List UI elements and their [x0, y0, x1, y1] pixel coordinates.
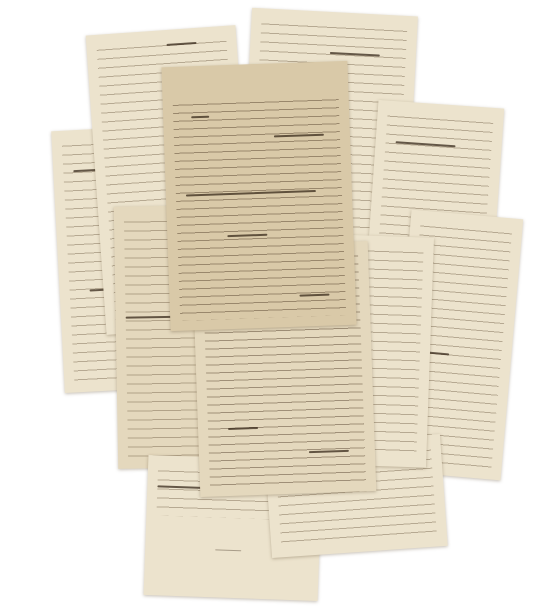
manuscript-page-title: [161, 61, 356, 331]
manuscript-photo: [0, 0, 560, 614]
handwriting: [173, 95, 347, 321]
